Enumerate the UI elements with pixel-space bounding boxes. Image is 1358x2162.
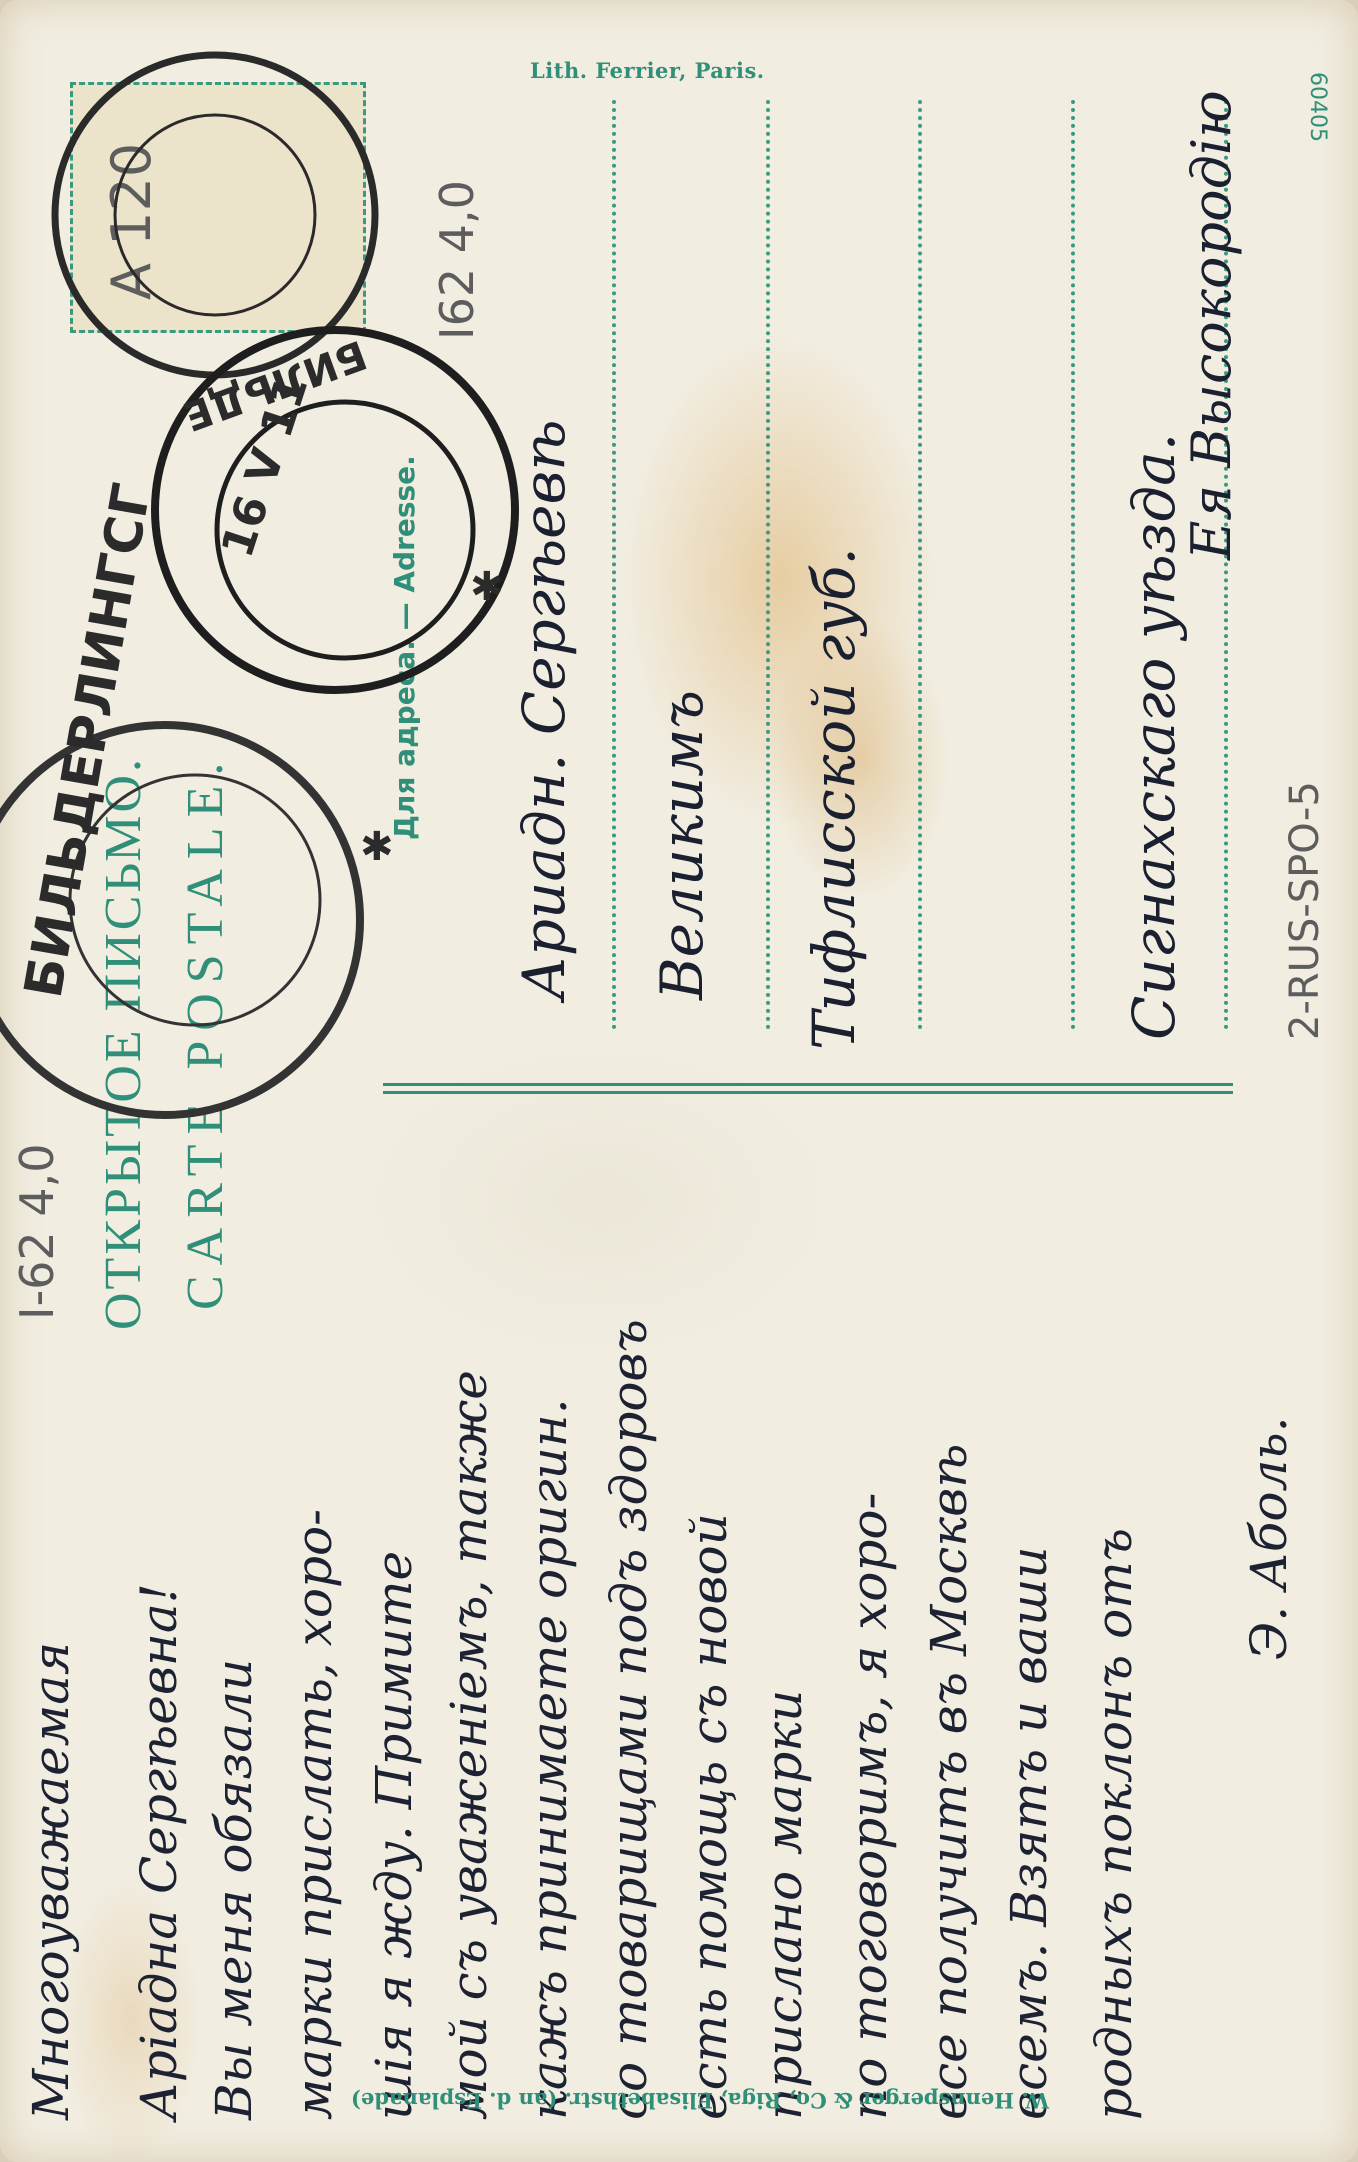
address-line-text-0: Ея Высокородію <box>1180 90 1243 560</box>
svg-text:✱: ✱ <box>470 564 504 610</box>
message-line: прислано марки <box>755 1690 813 2120</box>
postcard-back: A 120 Lith. Ferrier, Paris. 60405 Для ад… <box>0 0 1358 2162</box>
message-line: мой съ уваженіемъ, также <box>440 1370 498 2120</box>
message-line: есть помощь съ новой <box>680 1513 738 2120</box>
pencil-annotation: I62 4,0 <box>430 180 484 340</box>
signature: Э. Аболь. <box>1240 1417 1298 1660</box>
message-line: всемъ. Взятъ и ваши <box>1000 1546 1058 2120</box>
message-line: со товарищами подъ здоровъ <box>600 1319 658 2120</box>
message-line: Вы меня обязали <box>205 1659 263 2120</box>
message-line: кажъ принимаете оригин. <box>520 1398 578 2120</box>
message-line: Аріадна Сергѣевна! <box>130 1583 188 2120</box>
message-line: марки прислать, хоро- <box>285 1509 343 2120</box>
postmark-3: БИЛЬДЕРЛИНГСГ ✱ <box>0 479 394 1115</box>
message-line: шія я жду. Примите <box>365 1551 423 2120</box>
postmarks: 16 V 11 ✱ БИЛЬДЕ БИЛЬДЕРЛИНГСГ ✱ <box>0 0 1358 2162</box>
address-line-text-2: Великимъ <box>648 690 716 1000</box>
address-line-text-4: Сигнахскаго уѣзда. <box>1120 433 1188 1040</box>
message-line: все получитъ въ Москвѣ <box>920 1444 978 2120</box>
postmark-2: 16 V 11 ✱ БИЛЬДЕ <box>155 330 515 690</box>
message-line: родныхъ поклонъ отъ <box>1085 1528 1143 2120</box>
address-line-text-3: Тифлисской губ. <box>800 547 868 1050</box>
message-line: Многоуважаемая <box>22 1642 80 2120</box>
svg-text:✱: ✱ <box>360 824 394 870</box>
address-line-text-1: Ариадн. Сергѣевѣ <box>510 420 578 1000</box>
printer-imprint: W. Hennsperger & Co, Riga, Elisabethstr.… <box>210 2088 1190 2113</box>
pencil-annotation: 2-RUS-SPO-5 <box>1282 781 1328 1040</box>
svg-text:БИЛЬДЕРЛИНГСГ: БИЛЬДЕРЛИНГСГ <box>14 479 163 1002</box>
pencil-annotation: I-62 4,0 <box>10 1144 64 1320</box>
message-line: по тоговоримъ, я хоро- <box>840 1493 898 2120</box>
